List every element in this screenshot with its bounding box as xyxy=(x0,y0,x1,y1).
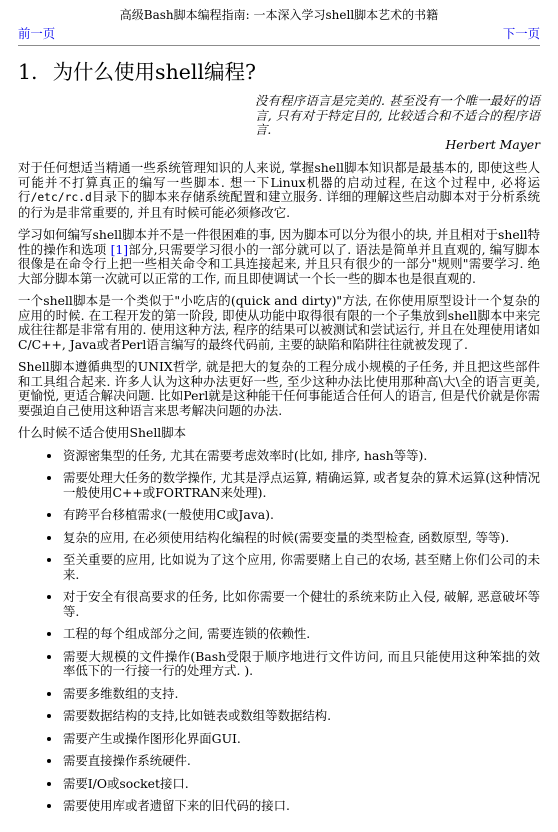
chapter-title-text: 为什么使用shell编程? xyxy=(53,60,256,84)
list-item: 至关重要的应用, 比如说为了这个应用, 你需要赌上自己的农场, 甚至赌上你们公司… xyxy=(62,553,540,582)
list-item: 对于安全有很高要求的任务, 比如你需要一个健壮的系统来防止入侵, 破解, 恶意破… xyxy=(62,590,540,619)
nav-links-row: 前一页 下一页 xyxy=(18,26,540,41)
list-item: 工程的每个组成部分之间, 需要连锁的依赖性. xyxy=(62,627,540,642)
chapter-number: 1. xyxy=(18,60,38,84)
document-page: 高级Bash脚本编程指南: 一本深入学习shell脚本艺术的书籍 前一页 下一页… xyxy=(0,0,558,832)
list-item: 需要数据结构的支持,比如链表或数组等数据结构. xyxy=(62,709,540,724)
paragraph-1: 对于任何想适当精通一些系统管理知识的人来说, 掌握shell脚本知识都是最基本的… xyxy=(18,161,540,220)
paragraph-3: 一个shell脚本是一个类似于"小吃店的(quick and dirty)"方法… xyxy=(18,294,540,352)
file-path-text: /etc/rc.d xyxy=(31,191,92,204)
list-item: 需要产生或操作图形化界面GUI. xyxy=(62,732,540,747)
paragraph-text: 目录下的脚本来存储系统配置和建立服务. 详细的理解这些启动脚本对于分析系统的行为… xyxy=(18,189,540,220)
prev-page-link[interactable]: 前一页 xyxy=(18,26,55,41)
footnote-1-link[interactable]: [1] xyxy=(111,242,129,257)
quote-attribution: Herbert Mayer xyxy=(255,138,540,153)
document-title: 高级Bash脚本编程指南: 一本深入学习shell脚本艺术的书籍 xyxy=(18,8,540,23)
list-intro: 什么时候不适合使用Shell脚本 xyxy=(18,426,540,441)
unsuitable-cases-list: 资源密集型的任务, 尤其在需要考虑效率时(比如, 排序, hash等等). 需要… xyxy=(18,449,540,814)
list-item: 需要多维数组的支持. xyxy=(62,687,540,702)
next-page-link[interactable]: 下一页 xyxy=(503,26,540,41)
list-item: 需要直接操作系统硬件. xyxy=(62,754,540,769)
header-divider xyxy=(18,45,540,46)
list-item: 需要I/O或socket接口. xyxy=(62,777,540,792)
list-item: 需要处理大任务的数学操作, 尤其是浮点运算, 精确运算, 或者复杂的算术运算(这… xyxy=(62,471,540,500)
page-header: 高级Bash脚本编程指南: 一本深入学习shell脚本艺术的书籍 前一页 下一页 xyxy=(18,8,540,46)
list-item: 资源密集型的任务, 尤其在需要考虑效率时(比如, 排序, hash等等). xyxy=(62,449,540,464)
list-item: 需要使用库或者遗留下来的旧代码的接口. xyxy=(62,799,540,814)
quote-text: 没有程序语言是完美的. 甚至没有一个唯一最好的语言, 只有对于特定目的, 比较适… xyxy=(255,94,540,138)
paragraph-4: Shell脚本遵循典型的UNIX哲学, 就是把大的复杂的工程分成小规模的子任务,… xyxy=(18,360,540,418)
paragraph-2: 学习如何编写shell脚本并不是一件很困难的事, 因为脚本可以分为很小的块, 并… xyxy=(18,228,540,286)
list-item: 有跨平台移植需求(一般使用C或Java). xyxy=(62,508,540,523)
list-item: 复杂的应用, 在必须使用结构化编程的时候(需要变量的类型检查, 函数原型, 等等… xyxy=(62,531,540,546)
chapter-heading: 1.为什么使用shell编程? xyxy=(18,59,540,86)
epigraph-quote: 没有程序语言是完美的. 甚至没有一个唯一最好的语言, 只有对于特定目的, 比较适… xyxy=(255,94,540,152)
list-item: 需要大规模的文件操作(Bash受限于顺序地进行文件访问, 而且只能使用这种笨拙的… xyxy=(62,650,540,679)
